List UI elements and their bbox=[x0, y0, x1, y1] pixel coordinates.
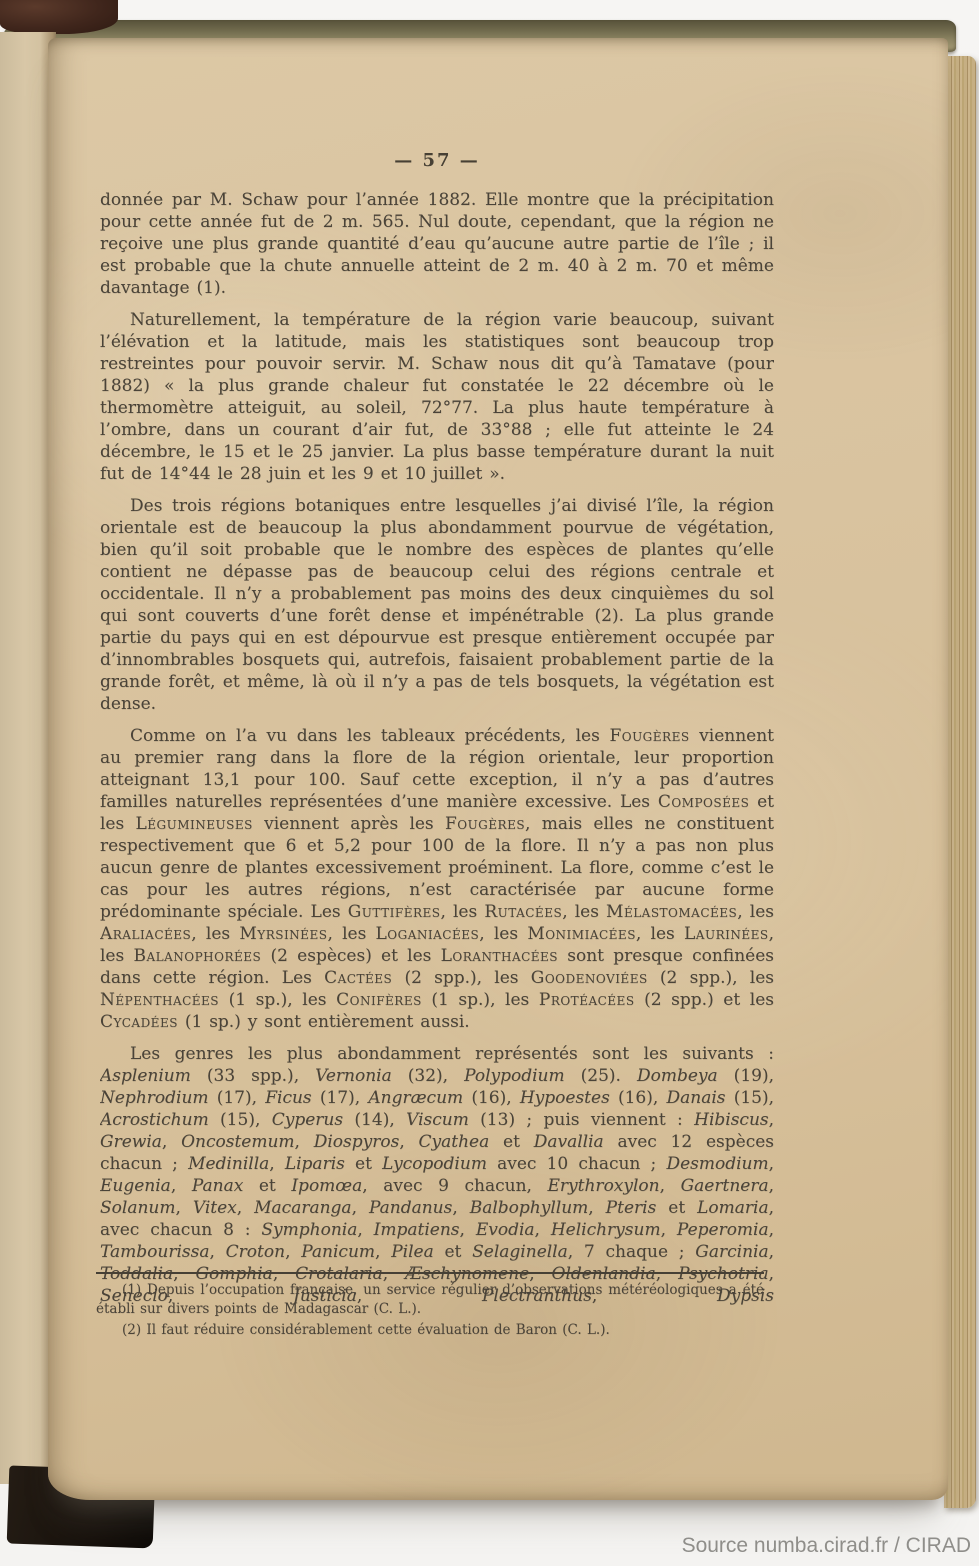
text-run: , bbox=[162, 1132, 181, 1152]
text-run: et bbox=[489, 1132, 533, 1152]
text-run: (2 spp.) et les bbox=[635, 990, 774, 1010]
genus-name: Evodia bbox=[476, 1220, 535, 1240]
genus-name: Viscum bbox=[406, 1110, 469, 1130]
genus-name: Angræcum bbox=[368, 1088, 463, 1108]
genus-name: Nephrodium bbox=[100, 1088, 209, 1108]
text-run: , bbox=[769, 1110, 774, 1130]
genus-name: Eugenia bbox=[100, 1176, 171, 1196]
text-run: (17), bbox=[209, 1088, 266, 1108]
text-run: (16), bbox=[463, 1088, 520, 1108]
text-run: (2 spp.), les bbox=[648, 968, 774, 988]
family-name: Balanophorées bbox=[133, 946, 261, 966]
text-run: , bbox=[295, 1132, 314, 1152]
page-number: — 57 — bbox=[100, 150, 774, 171]
text-run: , bbox=[375, 1242, 391, 1262]
family-name: Loganiacées bbox=[376, 924, 480, 944]
genus-name: Peperomia bbox=[677, 1220, 769, 1240]
family-name: Népenthacées bbox=[100, 990, 219, 1010]
text-run: et bbox=[656, 1198, 697, 1218]
text-run: (14), bbox=[343, 1110, 406, 1130]
genus-name: Helichrysum bbox=[551, 1220, 661, 1240]
genus-name: Vitex bbox=[193, 1198, 237, 1218]
family-name: Cactées bbox=[324, 968, 392, 988]
text-run: , avec 9 chacun, bbox=[362, 1176, 547, 1196]
text-run: (25). bbox=[565, 1066, 637, 1086]
genus-name: Lomaria bbox=[697, 1198, 768, 1218]
genus-name: Liparis bbox=[285, 1154, 345, 1174]
genus-name: Balbophyllum bbox=[470, 1198, 589, 1218]
text-run: , bbox=[769, 1242, 774, 1262]
text-run: , les bbox=[191, 924, 239, 944]
genus-name: Pteris bbox=[606, 1198, 657, 1218]
text-run: (1 sp.), les bbox=[422, 990, 539, 1010]
text-run: (1 sp.), les bbox=[219, 990, 336, 1010]
text-run: , bbox=[285, 1242, 301, 1262]
text-run: , bbox=[769, 1154, 774, 1174]
footnote: (2) Il faut réduire considérablement cet… bbox=[96, 1321, 764, 1340]
text-run: , bbox=[535, 1220, 551, 1240]
text-run: , bbox=[769, 1176, 774, 1196]
text-run: (17), bbox=[312, 1088, 369, 1108]
genus-name: Desmodium bbox=[666, 1154, 768, 1174]
text-run: viennent après les bbox=[253, 814, 445, 834]
text-run: (1 sp.) y sont entièrement aussi. bbox=[178, 1012, 470, 1032]
genus-name: Cyathea bbox=[419, 1132, 490, 1152]
text-run: , bbox=[210, 1242, 226, 1262]
spine-binding-fragment bbox=[0, 0, 118, 34]
family-name: Araliacées bbox=[100, 924, 191, 944]
text-run: (19), bbox=[718, 1066, 774, 1086]
family-name: Laurinées bbox=[684, 924, 769, 944]
text-run: et bbox=[243, 1176, 291, 1196]
genus-name: Davallia bbox=[534, 1132, 604, 1152]
text-run: (15), bbox=[726, 1088, 775, 1108]
text-run: , bbox=[171, 1176, 192, 1196]
genus-name: Croton bbox=[226, 1242, 285, 1262]
family-name: Goodenoviées bbox=[531, 968, 648, 988]
text-run: (33 spp.), bbox=[191, 1066, 315, 1086]
paragraph: Comme on l’a vu dans les tableaux précéd… bbox=[100, 725, 774, 1033]
text-run: , les bbox=[737, 902, 774, 922]
body-paragraphs: donnée par M. Schaw pour l’année 1882. E… bbox=[100, 189, 774, 1309]
genus-name: Impatiens bbox=[374, 1220, 460, 1240]
text-run: , les bbox=[636, 924, 684, 944]
footnote-section: (1) Depuis l’occupation française, un se… bbox=[96, 1272, 764, 1342]
text-run: (2 espèces) et les bbox=[261, 946, 440, 966]
text-run: , bbox=[352, 1198, 369, 1218]
family-name: Protéacées bbox=[539, 990, 635, 1010]
family-name: Fougères bbox=[609, 726, 689, 746]
page-text-column: — 57 — donnée par M. Schaw pour l’année … bbox=[100, 150, 774, 1309]
family-name: Composées bbox=[658, 792, 750, 812]
family-name: Mélastomacées bbox=[606, 902, 737, 922]
text-run: , bbox=[769, 1264, 774, 1284]
genus-name: Danais bbox=[666, 1088, 725, 1108]
genus-name: Solanum bbox=[100, 1198, 175, 1218]
family-name: Conifères bbox=[336, 990, 422, 1010]
text-run: , bbox=[460, 1220, 476, 1240]
genus-name: Ficus bbox=[265, 1088, 311, 1108]
genus-name: Vernonia bbox=[315, 1066, 392, 1086]
text-run: , les bbox=[562, 902, 606, 922]
genus-name: Polypodium bbox=[464, 1066, 565, 1086]
family-name: Rutacées bbox=[484, 902, 562, 922]
book-scan: — 57 — donnée par M. Schaw pour l’année … bbox=[0, 0, 979, 1566]
text-run: , bbox=[769, 1220, 774, 1240]
genus-name: Garcinia bbox=[695, 1242, 768, 1262]
text-run: et bbox=[345, 1154, 382, 1174]
text-run: , bbox=[399, 1132, 418, 1152]
family-name: Guttifères bbox=[348, 902, 441, 922]
text-run: , bbox=[175, 1198, 192, 1218]
text-run: , bbox=[452, 1198, 469, 1218]
text-run: Naturellement, la température de la régi… bbox=[100, 310, 774, 484]
genus-name: Symphonia bbox=[261, 1220, 357, 1240]
text-run: et bbox=[434, 1242, 472, 1262]
text-run: avec 10 chacun ; bbox=[487, 1154, 667, 1174]
genus-name: Lycopodium bbox=[382, 1154, 487, 1174]
text-run: (13) ; puis viennent : bbox=[469, 1110, 694, 1130]
text-run: (15), bbox=[209, 1110, 272, 1130]
footnote-rule bbox=[96, 1272, 764, 1274]
family-name: Fougères bbox=[445, 814, 525, 834]
footnote: (1) Depuis l’occupation française, un se… bbox=[96, 1281, 764, 1319]
text-run: , bbox=[588, 1198, 605, 1218]
text-run: , les bbox=[440, 902, 484, 922]
genus-name: Acrostichum bbox=[100, 1110, 209, 1130]
fore-edge-page-stack bbox=[944, 56, 976, 1508]
genus-name: Asplenium bbox=[100, 1066, 191, 1086]
family-name: Cycadées bbox=[100, 1012, 178, 1032]
text-run: Des trois régions botaniques entre lesqu… bbox=[100, 496, 774, 714]
genus-name: Panax bbox=[192, 1176, 243, 1196]
genus-name: Hibiscus bbox=[694, 1110, 769, 1130]
text-run: , bbox=[237, 1198, 254, 1218]
text-run: (32), bbox=[392, 1066, 464, 1086]
text-run: , bbox=[660, 1176, 681, 1196]
family-name: Monimiacées bbox=[527, 924, 636, 944]
genus-name: Pilea bbox=[391, 1242, 434, 1262]
paragraph: donnée par M. Schaw pour l’année 1882. E… bbox=[100, 189, 774, 299]
text-run: , les bbox=[479, 924, 527, 944]
genus-name: Erythroxylon bbox=[548, 1176, 660, 1196]
genus-name: Macaranga bbox=[254, 1198, 351, 1218]
genus-name: Diospyros bbox=[314, 1132, 400, 1152]
text-run: donnée par M. Schaw pour l’année 1882. E… bbox=[100, 190, 774, 298]
family-name: Loranthacées bbox=[441, 946, 558, 966]
genus-name: Tambourissa bbox=[100, 1242, 210, 1262]
genus-name: Hypoestes bbox=[520, 1088, 610, 1108]
genus-name: Ipomœa bbox=[291, 1176, 362, 1196]
text-run: , bbox=[661, 1220, 677, 1240]
text-run: Comme on l’a vu dans les tableaux précéd… bbox=[130, 726, 609, 746]
paragraph: Des trois régions botaniques entre lesqu… bbox=[100, 495, 774, 715]
paragraph: Les genres les plus abondamment représen… bbox=[100, 1043, 774, 1307]
genus-name: Gaertnera bbox=[681, 1176, 769, 1196]
genus-name: Panicum bbox=[301, 1242, 375, 1262]
text-run: (2 spp.), les bbox=[392, 968, 531, 988]
text-run: Les genres les plus abondamment représen… bbox=[130, 1044, 774, 1064]
text-run: (16), bbox=[610, 1088, 667, 1108]
genus-name: Pandanus bbox=[369, 1198, 452, 1218]
text-run: , 7 chaque ; bbox=[568, 1242, 696, 1262]
genus-name: Medinilla bbox=[188, 1154, 269, 1174]
genus-name: Grewia bbox=[100, 1132, 162, 1152]
family-name: Légumineuses bbox=[136, 814, 253, 834]
genus-name: Oncostemum bbox=[181, 1132, 294, 1152]
paragraph: Naturellement, la température de la régi… bbox=[100, 309, 774, 485]
family-name: Myrsinées bbox=[239, 924, 327, 944]
text-run: , bbox=[269, 1154, 285, 1174]
text-run: , bbox=[357, 1220, 373, 1240]
text-run: , les bbox=[327, 924, 375, 944]
genus-name: Cyperus bbox=[272, 1110, 343, 1130]
genus-name: Selaginella bbox=[472, 1242, 568, 1262]
source-watermark: Source numba.cirad.fr / CIRAD bbox=[682, 1534, 971, 1558]
genus-name: Dombeya bbox=[637, 1066, 718, 1086]
footnote-list: (1) Depuis l’occupation française, un se… bbox=[96, 1281, 764, 1340]
